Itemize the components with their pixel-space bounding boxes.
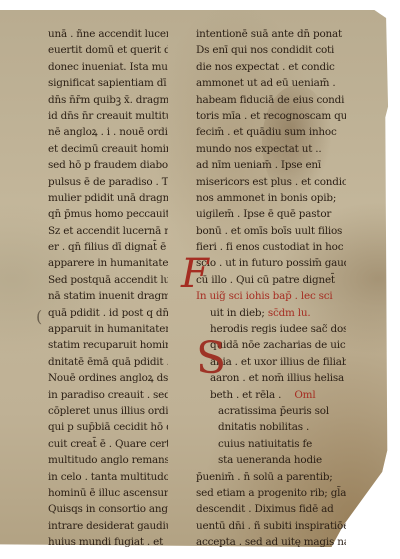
manuscript-line: apparere in humanitatem . <box>48 255 168 271</box>
manuscript-line: p̄uenim̄ . n̄ solū a parentib; <box>196 469 346 485</box>
manuscript-line: sed etiam a progenito rib; gl̃a <box>196 485 346 501</box>
manuscript-line: unā . ñne accendit lucernā et <box>48 26 168 42</box>
manuscript-line: hominū ē illuc ascensura . <box>48 485 168 501</box>
manuscript-line: quā pdidit . id post q dn̄s <box>48 305 168 321</box>
manuscript-line: intrare desiderat gaudium <box>48 518 168 534</box>
manuscript-line: sta ueneranda hodie <box>196 452 346 468</box>
manuscript-line: Quisqs in consortio anglos <box>48 501 168 517</box>
right-column: intentionē suā ante dn̄ ponat .Ds enī qu… <box>196 26 346 551</box>
manuscript-line: nē angloꝝ . i . nouē ordines <box>48 124 168 140</box>
manuscript-line: mulier pdidit unā dragmā <box>48 190 168 206</box>
manuscript-line: Sed postquā accendit luc <box>48 272 168 288</box>
manuscript-line: uentū dn̄i . ñ subiti inspiratiōe <box>196 518 346 534</box>
manuscript-line: et decimū creauit hominem. <box>48 141 168 157</box>
manuscript-line: dn̄s n̄r̄m quibꝫ x̄. dragmas <box>48 92 168 108</box>
manuscript-line: in paradiso creauit . sed ut <box>48 387 168 403</box>
manuscript-line: bonū . et omīs boīs uult filios <box>196 223 346 239</box>
manuscript-line: acratissima p̄euris sol <box>196 403 346 419</box>
manuscript-line: nos ammonet in bonis opib; <box>196 190 346 206</box>
manuscript-line: dnitatē ēmā quā pdidit . <box>48 354 168 370</box>
manuscript-line: sed hō p fraudem diaboli et <box>48 157 168 173</box>
manuscript-line: fieri . fi enos custodiat in hoc <box>196 239 346 255</box>
decorated-initial-f: F <box>181 254 209 294</box>
f-section-line: uit in dieb; <box>210 307 265 319</box>
manuscript-line: nā statim inuenit dragmā <box>48 288 168 304</box>
manuscript-line: Ds enī qui nos condidit coti <box>196 42 346 58</box>
manuscript-line: toris mīa . et recognoscam quē <box>196 108 346 124</box>
manuscript-line: cuius natiuitatis fe <box>196 436 346 452</box>
manuscript-line: misericors est plus . et condic <box>196 174 346 190</box>
manuscript-line: cū illo . Qui cū patre dignet̄ <box>196 272 346 288</box>
manuscript-line: Nouē ordines angloꝝ ds <box>48 370 168 386</box>
manuscript-line: habeam fiduciā de eius condi <box>196 92 346 108</box>
manuscript-line: pulsus ē de paradiso . Tunc <box>48 174 168 190</box>
manuscript-line: donec inueniat. Ista mulier <box>48 59 168 75</box>
manuscript-line: huius mundi fugiat . et <box>48 534 168 550</box>
manuscript-line: qui p sup̄biā cecidit hō de <box>48 419 168 435</box>
manuscript-line: die nos expectat . et condic <box>196 59 346 75</box>
manuscript-line: descendit . Diximus fidē ad <box>196 501 346 517</box>
manuscript-line: sclo . ut in futuro possim̄ gaudē <box>196 255 346 271</box>
manuscript-line: cōpleret unus illius ordini <box>48 403 168 419</box>
decorated-initial-s: S <box>196 337 226 381</box>
manuscript-line: significat sapientiam dī . i . <box>48 75 168 91</box>
manuscript-line: abia . et uxor illius de filiab; <box>210 354 346 370</box>
manuscript-line: er . qn̄ filius dī dignat̄ ē <box>48 239 168 255</box>
left-column: unā . ñne accendit lucernā eteuertit dom… <box>48 26 168 551</box>
manuscript-line: aaron . et nom̄ illius helisa <box>210 370 346 386</box>
manuscript-line: intentionē suā ante dn̄ ponat . <box>196 26 346 42</box>
manuscript-line: ad nīm ueniam̄ . Ipse enī <box>196 157 346 173</box>
manuscript-line: apparuit in humanitatem <box>48 321 168 337</box>
manuscript-line: quidā nōe zacharias de uice <box>210 337 346 353</box>
manuscript-line: mundo nos expectat ut .. <box>196 141 346 157</box>
manuscript-line: fecim̄ . et quādiu sum inhoc <box>196 124 346 140</box>
rubric-omelia: Oml <box>294 389 315 401</box>
manuscript-line: qn̄ p̄mus homo peccauit . <box>48 206 168 222</box>
manuscript-line: Sz et accendit lucernā mulier <box>48 223 168 239</box>
manuscript-line: ammonet ut ad eū ueniam̄ . <box>196 75 346 91</box>
manuscript-line: multitudo anglo remansit <box>48 452 168 468</box>
rubric-gospel-ref: sc̄dm lu. <box>268 307 311 319</box>
manuscript-line: id dn̄s n̄r creauit multitudi <box>48 108 168 124</box>
manuscript-line: uigilem̄ . Ipse ē quē pastor <box>196 206 346 222</box>
manuscript-line: statim recuparuit hominē <box>48 337 168 353</box>
manuscript-line: in celo . tanta multitudo <box>48 469 168 485</box>
manuscript-line: euertit domū et querit diligent̄ <box>48 42 168 58</box>
manuscript-line: dnitatis nobilitas . <box>196 419 346 435</box>
rubric-heading: In uig̃ sci iohis bap̄ . lec sci <box>196 288 346 304</box>
manuscript-line: cuit creat̄ ē . Quare certe q̄nta <box>48 436 168 452</box>
f-section-line-last: beth . et rēla . <box>210 389 281 401</box>
manuscript-line: accepta . sed ad uitę magis nat <box>196 534 346 550</box>
margin-paragraph-mark: ( <box>36 307 42 326</box>
manuscript-line: herodis regis iudee sac̃ dos <box>210 321 346 337</box>
